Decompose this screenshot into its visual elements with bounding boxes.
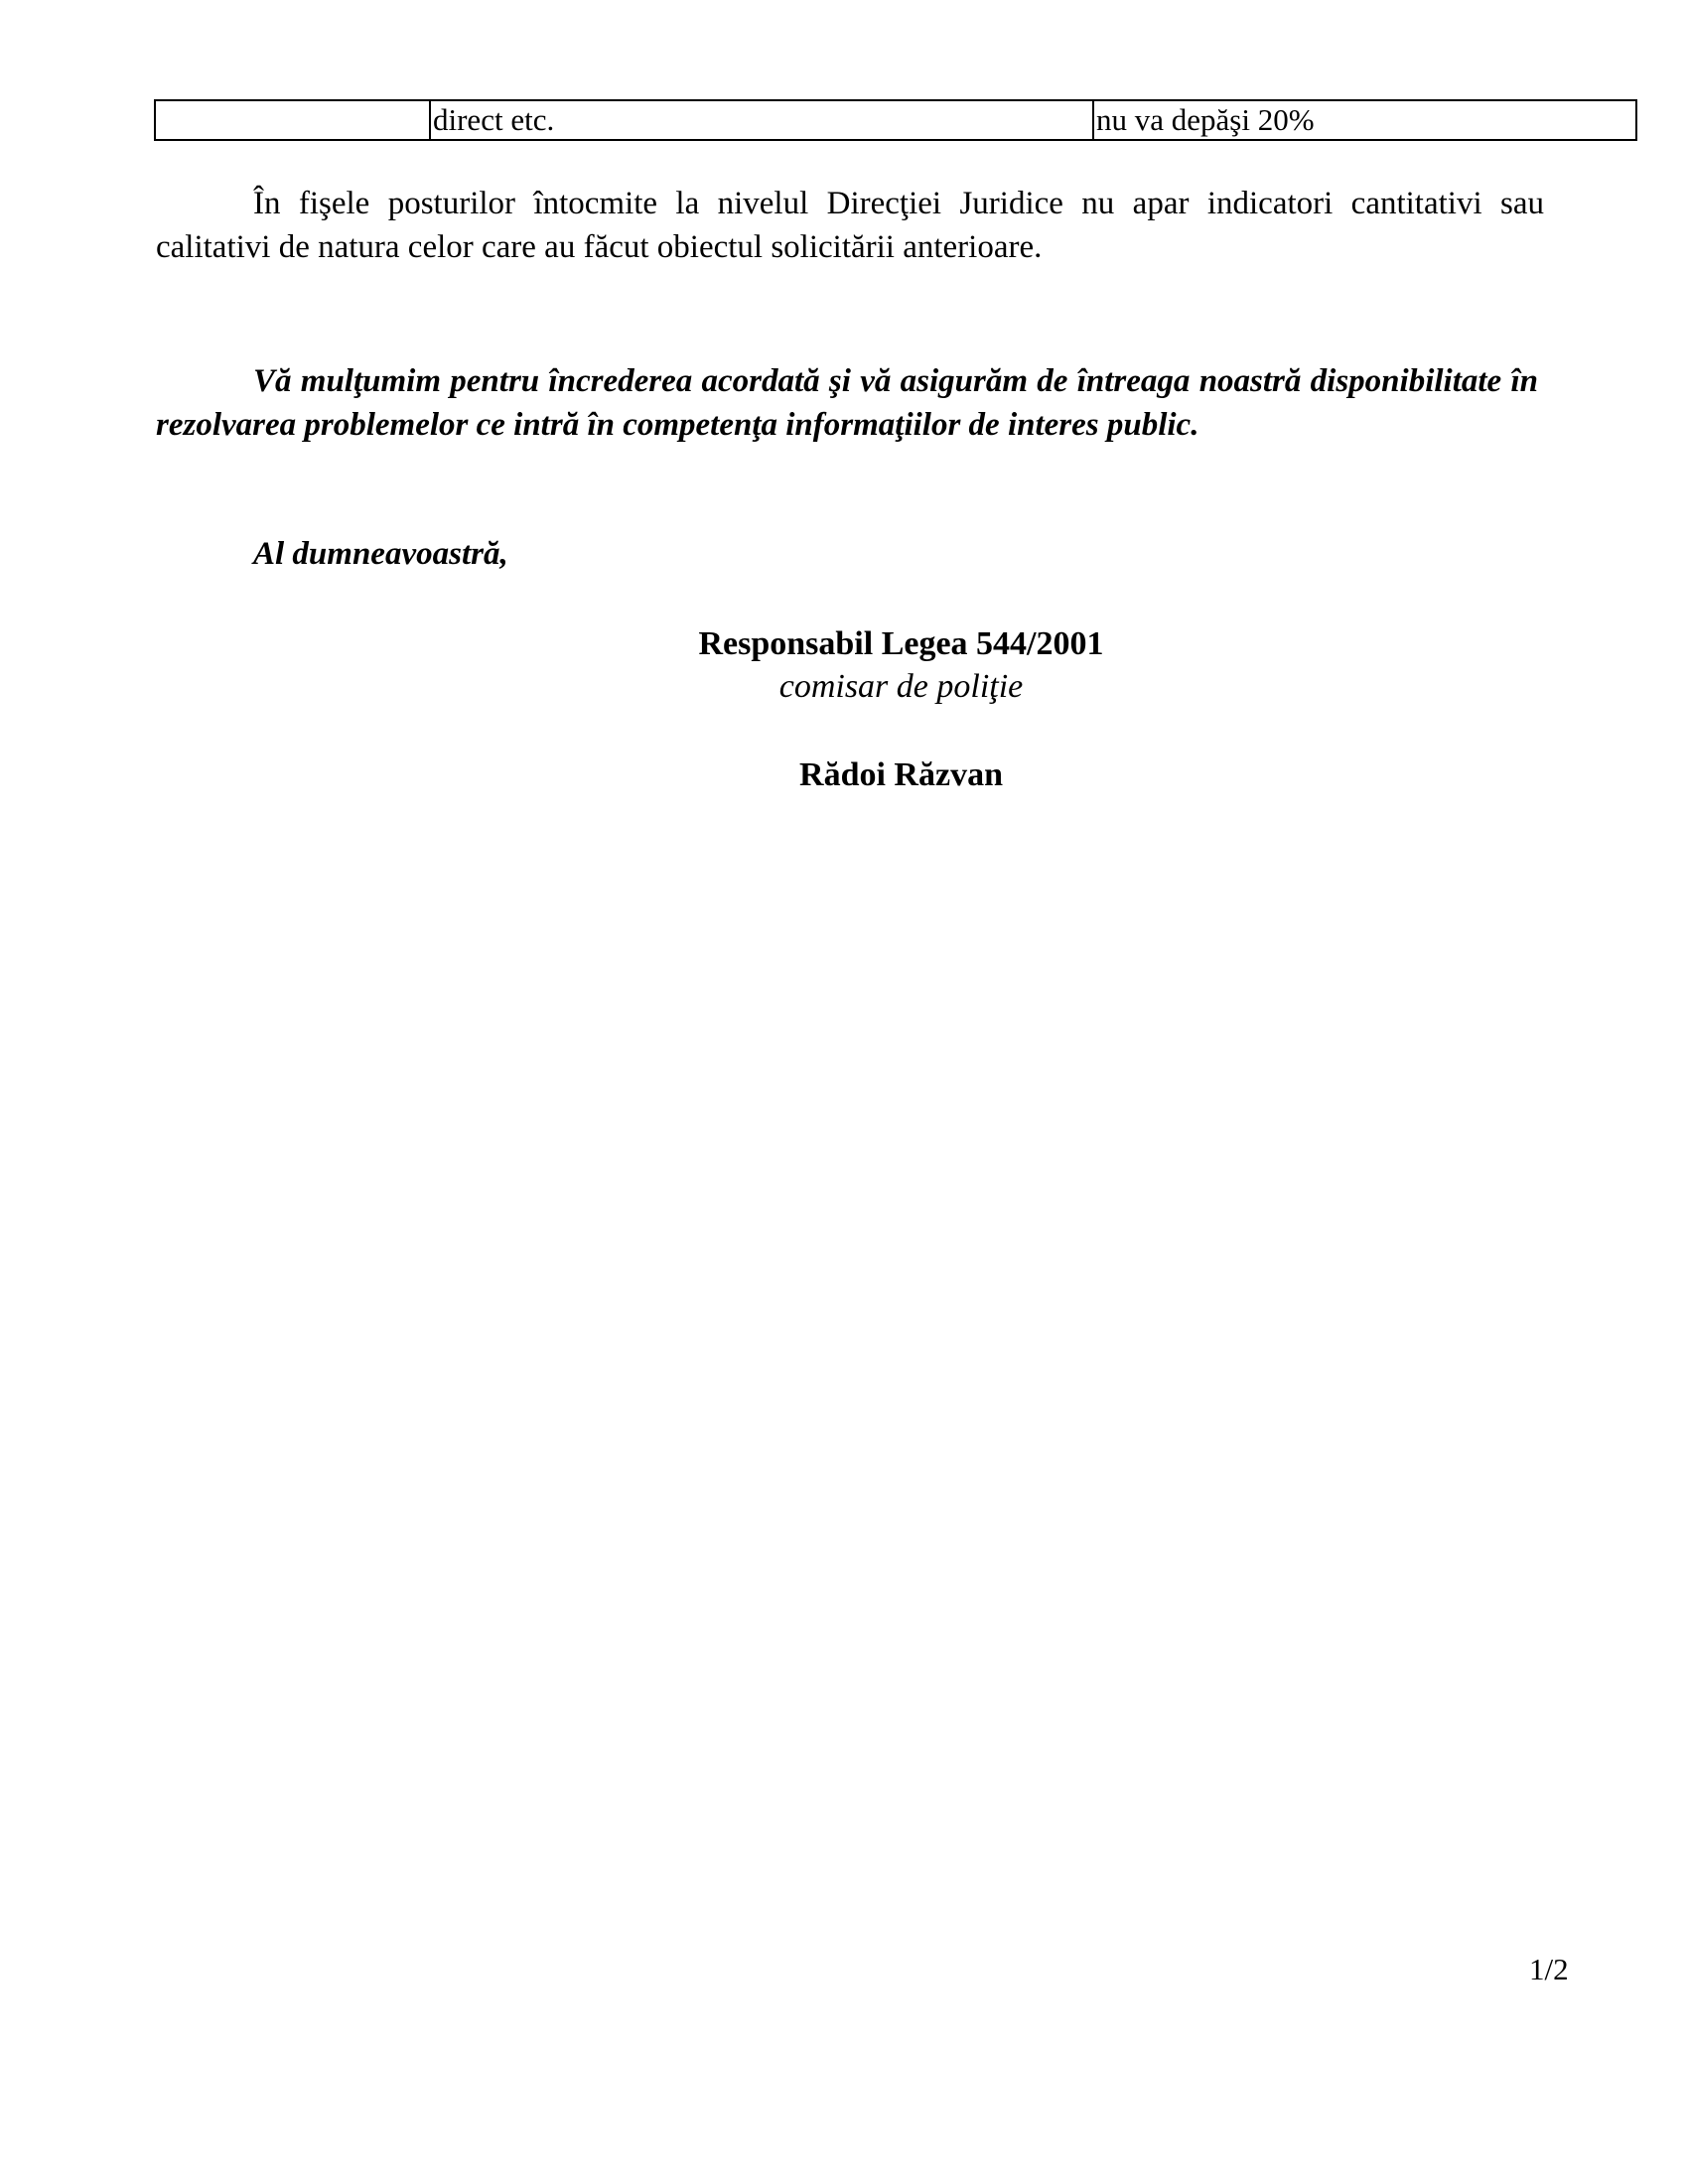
document-page: direct etc. nu va depăşi 20% În fişele p… bbox=[0, 0, 1688, 2184]
signatory-role: Responsabil Legea 544/2001 bbox=[675, 625, 1127, 663]
table-cell: nu va depăşi 20% bbox=[1093, 100, 1636, 140]
continuation-table: direct etc. nu va depăşi 20% bbox=[154, 99, 1637, 141]
table-cell bbox=[155, 100, 430, 140]
thanks-paragraph: Vă mulţumim pentru încrederea acordată ş… bbox=[156, 359, 1538, 447]
signatory-name: Rădoi Răzvan bbox=[675, 756, 1127, 794]
signatory-rank: comisar de poliţie bbox=[675, 668, 1127, 706]
paragraph-text: Vă mulţumim pentru încrederea acordată ş… bbox=[156, 363, 1538, 443]
table-row: direct etc. nu va depăşi 20% bbox=[155, 100, 1636, 140]
table-cell: direct etc. bbox=[430, 100, 1093, 140]
page-number: 1/2 bbox=[1529, 1952, 1569, 1987]
closing-salutation: Al dumneavoastră, bbox=[253, 536, 508, 573]
body-paragraph: În fişele posturilor întocmite la nivelu… bbox=[156, 182, 1544, 269]
paragraph-text: În fişele posturilor întocmite la nivelu… bbox=[156, 186, 1544, 265]
